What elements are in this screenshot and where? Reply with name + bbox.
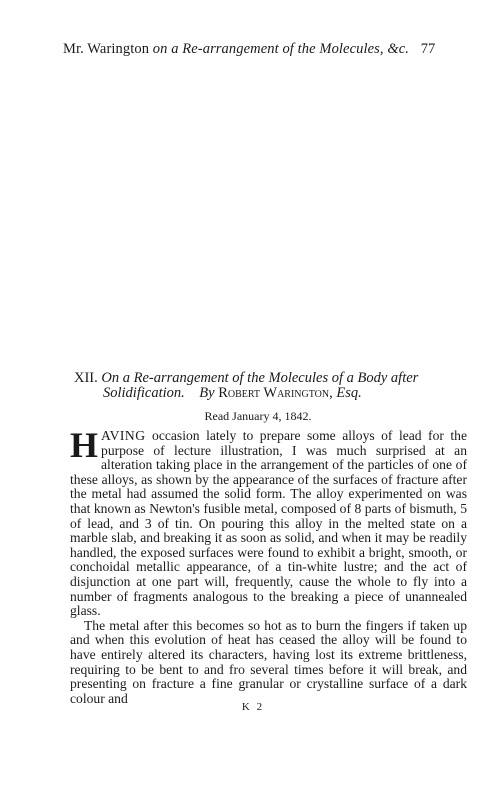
byline-suffix: Esq. xyxy=(336,385,361,401)
running-head-author: Mr. Warington xyxy=(63,41,149,57)
article-body: HAVING occasion lately to prepare some a… xyxy=(70,429,467,706)
running-head-title: on a Re-arrangement of the Molecules, &c… xyxy=(153,41,409,57)
read-date: Read January 4, 1842. xyxy=(0,409,500,424)
paragraph-2: The metal after this becomes so hot as t… xyxy=(70,619,467,707)
byline-by: By xyxy=(199,385,214,401)
article-title-line2: Solidification. By Robert Warington, Esq… xyxy=(74,386,484,401)
article-title-line2-text: Solidification. xyxy=(103,385,185,401)
paragraph-1-text: occasion lately to prepare some alloys o… xyxy=(70,428,467,618)
article-title-line1: On a Re-arrangement of the Molecules of … xyxy=(101,370,418,386)
running-head: Mr. Warington on a Re-arrangement of the… xyxy=(63,41,483,58)
signature-mark: K 2 xyxy=(0,701,500,713)
byline-author: Robert Warington, xyxy=(218,385,333,401)
article-number: XII. xyxy=(74,370,98,386)
article-title: XII. On a Re-arrangement of the Molecule… xyxy=(74,371,484,401)
page-number: 77 xyxy=(421,41,436,57)
lead-word: AVING xyxy=(101,428,146,443)
drop-cap: H xyxy=(70,431,98,459)
paragraph-1: HAVING occasion lately to prepare some a… xyxy=(70,429,467,619)
